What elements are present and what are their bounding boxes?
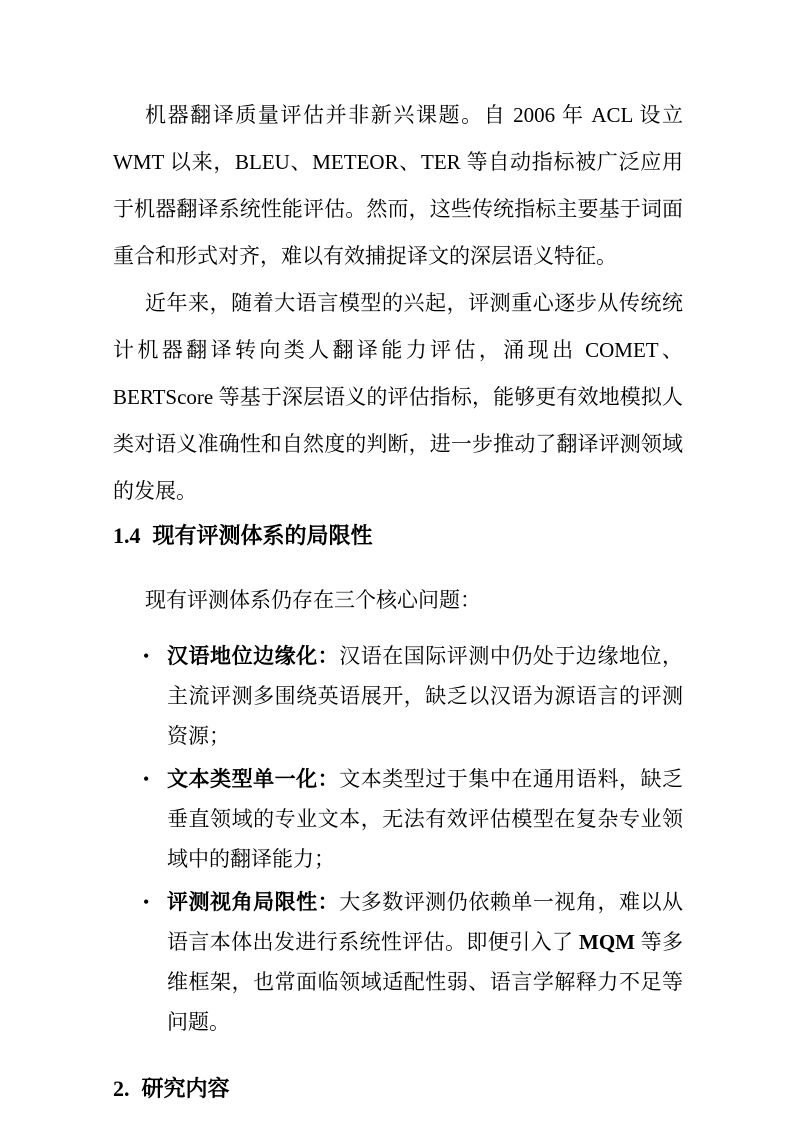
bullet-bold-inline-mqm: MQM [579,930,635,954]
section-title: 研究内容 [142,1076,230,1101]
bullet-icon: • [143,759,149,799]
list-item-chinese-marginalized: • 汉语地位边缘化：汉语在国际评测中仍处于边缘地位，主流评测多围绕英语展开，缺乏… [113,636,683,756]
section-heading-research-content: 2.研究内容 [113,1074,683,1104]
paragraph-core-problems-intro: 现有评测体系仍存在三个核心问题： [113,577,683,624]
bullet-term: 评测视角局限性： [167,890,339,914]
paragraph-mt-evaluation-history: 机器翻译质量评估并非新兴课题。自 2006 年 ACL 设立 WMT 以来，BL… [113,92,683,280]
section-title: 现有评测体系的局限性 [153,523,373,548]
section-number: 2. [113,1076,130,1101]
limitations-bullet-list: • 汉语地位边缘化：汉语在国际评测中仍处于边缘地位，主流评测多围绕英语展开，缺乏… [113,636,683,1042]
document-page: 机器翻译质量评估并非新兴课题。自 2006 年 ACL 设立 WMT 以来，BL… [0,0,793,1122]
list-item-text-type-uniform: • 文本类型单一化：文本类型过于集中在通用语料，缺乏垂直领域的专业文本，无法有效… [113,759,683,879]
list-item-perspective-limited: • 评测视角局限性：大多数评测仍依赖单一视角，难以从语言本体出发进行系统性评估。… [113,882,683,1042]
section-heading-limitations: 1.4现有评测体系的局限性 [113,521,683,551]
bullet-icon: • [143,636,149,676]
bullet-icon: • [143,882,149,922]
section-number: 1.4 [113,523,141,548]
bullet-term: 文本类型单一化： [167,767,339,791]
bullet-term: 汉语地位边缘化： [167,644,339,668]
paragraph-llm-evaluation-trend: 近年来，随着大语言模型的兴起，评测重心逐步从传统统计机器翻译转向类人翻译能力评估… [113,280,683,515]
